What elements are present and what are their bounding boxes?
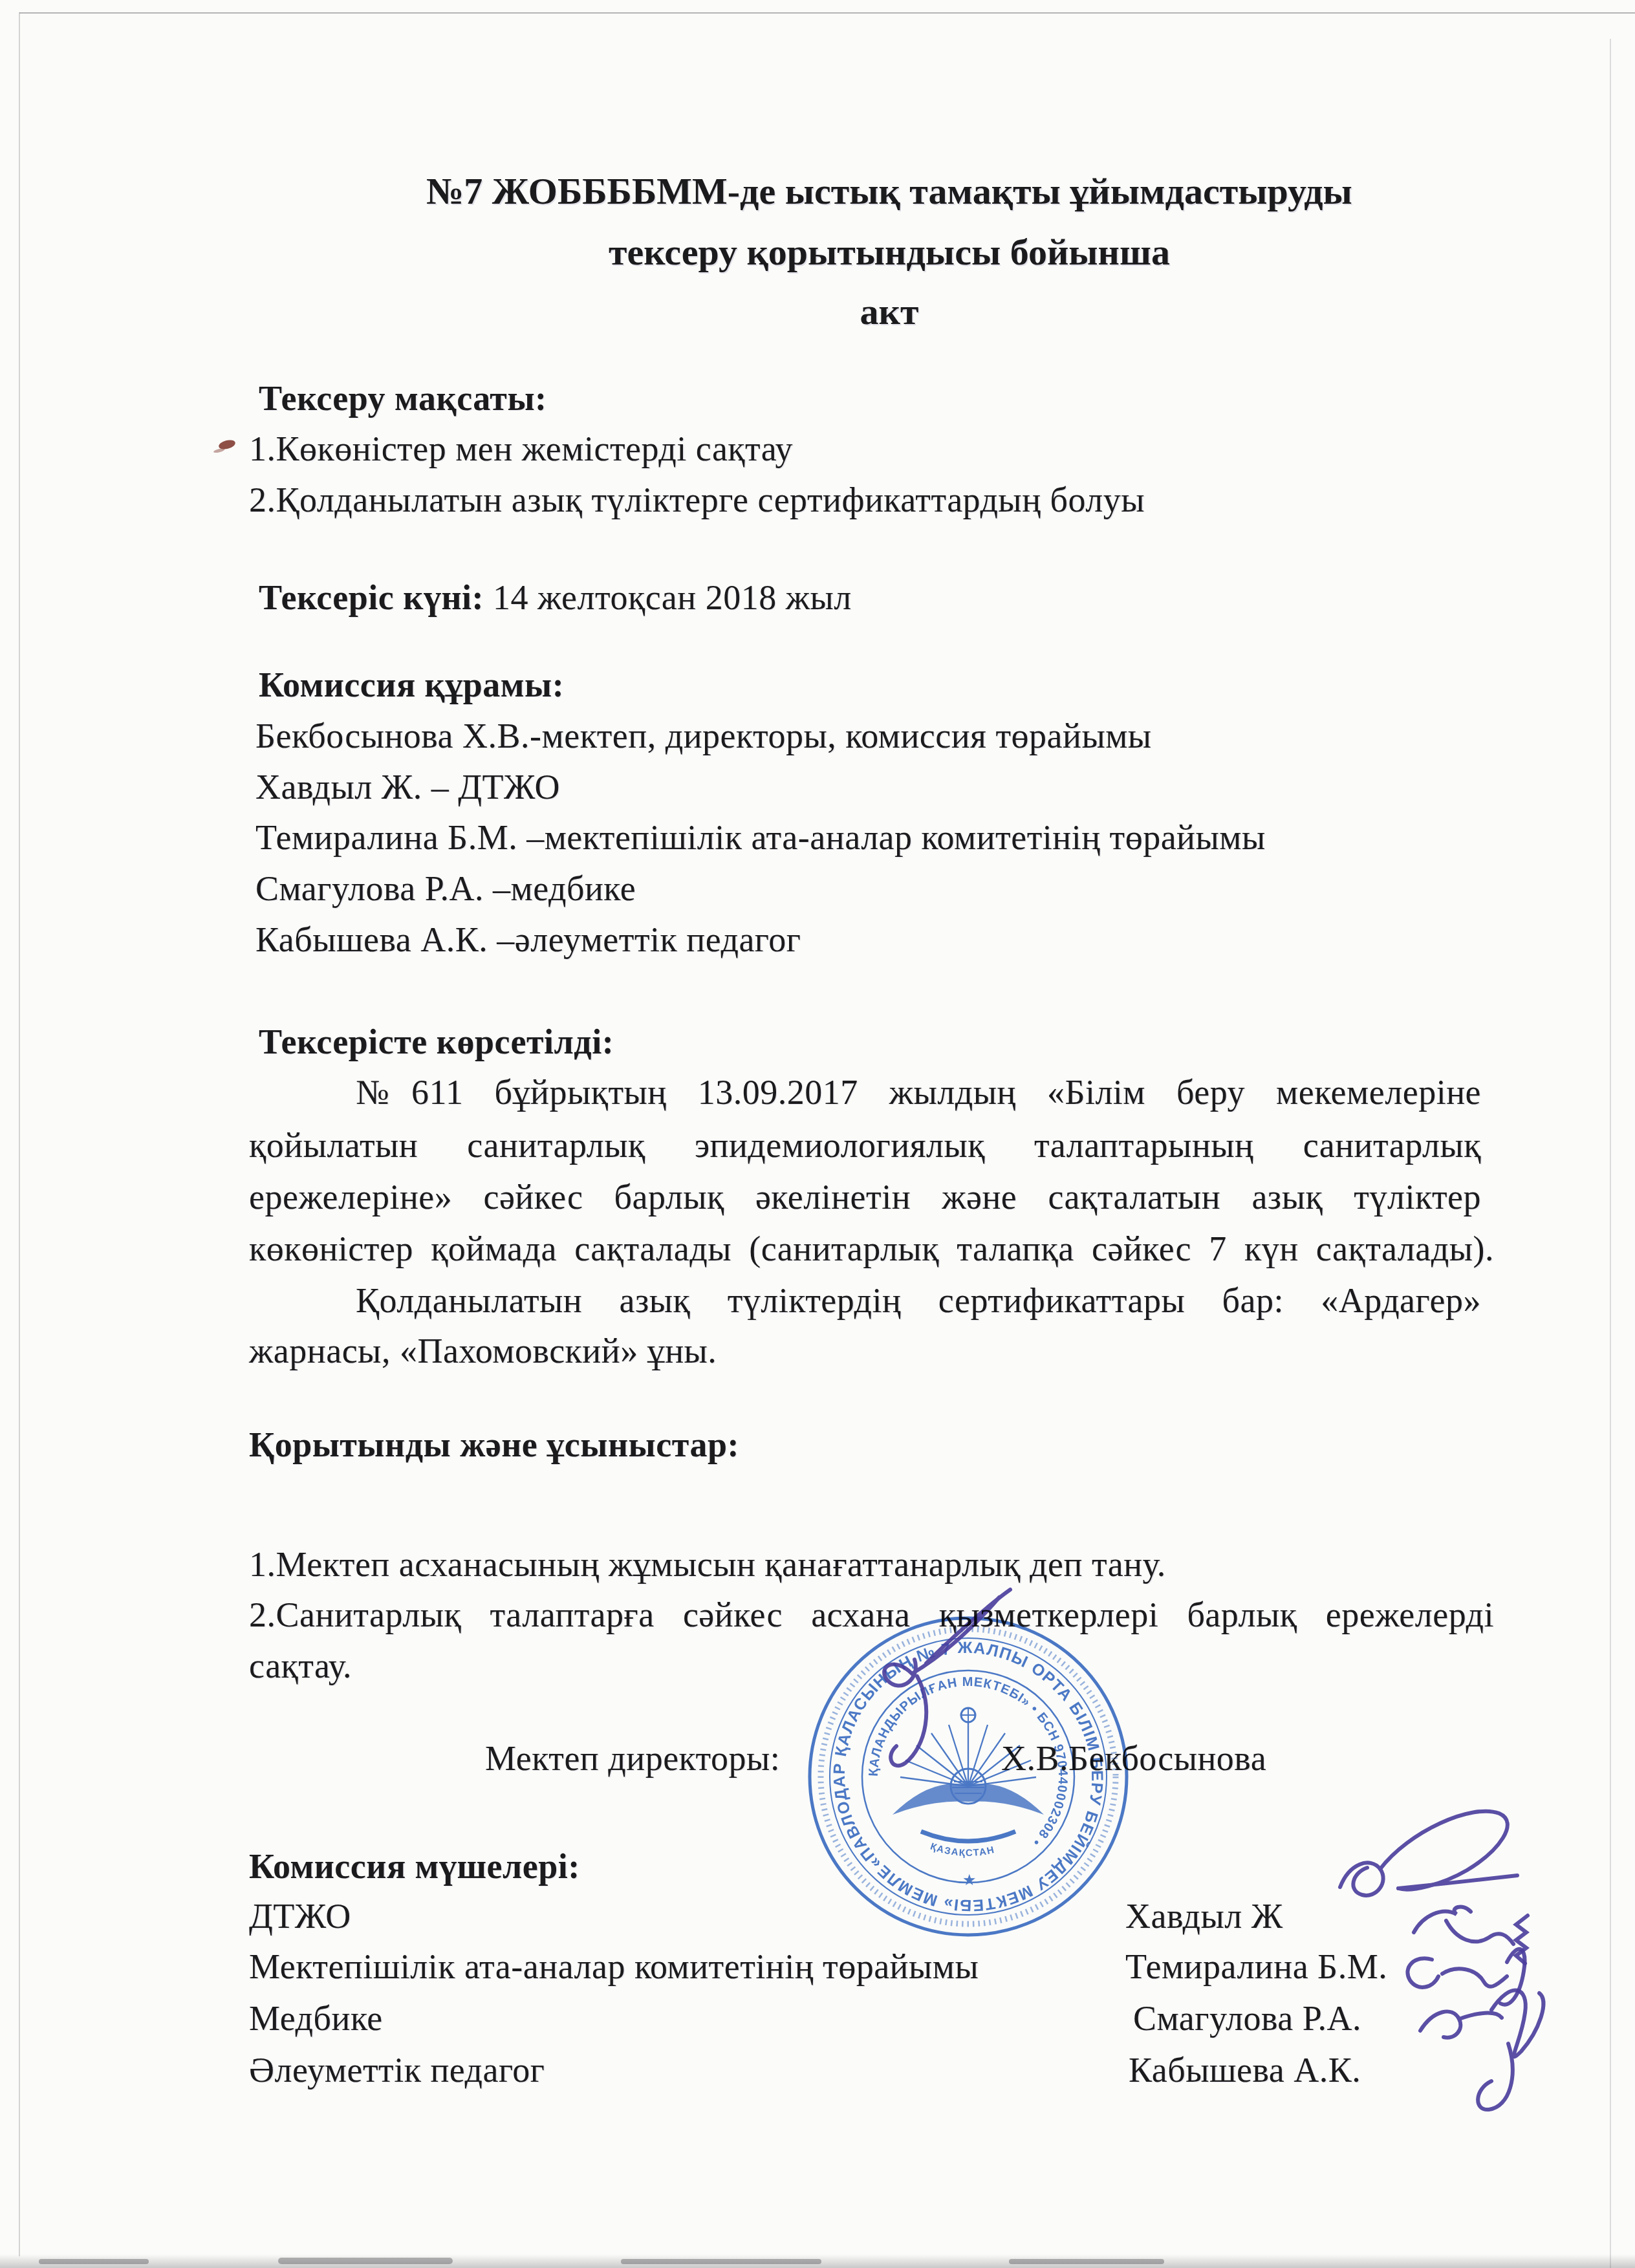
stamp-emblem-text: ҚАЗАҚСТАН bbox=[929, 1841, 996, 1859]
commission-member-3: Темиралина Б.М. –мектепішілік ата-аналар… bbox=[255, 817, 1266, 858]
member-name: Хавдыл Ж bbox=[1125, 1896, 1283, 1936]
commission-heading: Комиссия құрамы: bbox=[259, 665, 564, 705]
document-page: №7 ЖОББББММ-де ыстық тамақты ұйымдастыру… bbox=[0, 0, 1635, 2268]
member-name: Темиралина Б.М. bbox=[1125, 1947, 1387, 1987]
findings-line-2: қойылатын санитарлық эпидемиологиялық та… bbox=[249, 1125, 1481, 1165]
purpose-item-2: 2.Қолданылатын азық түліктерге сертифика… bbox=[249, 480, 1145, 520]
purpose-heading: Тексеру мақсаты: bbox=[259, 378, 547, 418]
inspection-date-label: Тексеріс күні: bbox=[259, 578, 484, 617]
inspection-date-value: 14 желтоқсан 2018 жыл bbox=[484, 578, 852, 617]
scan-smudge bbox=[39, 2259, 149, 2264]
conclusion-item-2-cont: сақтау. bbox=[249, 1646, 352, 1686]
scan-smudge bbox=[278, 2258, 453, 2264]
scan-edge-right bbox=[1610, 39, 1611, 2268]
signature-temiralina bbox=[1414, 1906, 1528, 1963]
member-name: Кабышева А.К. bbox=[1129, 2050, 1361, 2090]
findings-line-3: ережелеріне» сәйкес барлық әкелінетін жә… bbox=[249, 1177, 1481, 1217]
inspection-date-line: Тексеріс күні: 14 желтоқсан 2018 жыл bbox=[259, 578, 852, 618]
scan-edge-top bbox=[19, 12, 1635, 14]
findings-line-1: №611 бұйрықтың 13.09.2017 жылдың «Білім … bbox=[356, 1072, 1481, 1112]
scan-smudge bbox=[1009, 2259, 1164, 2264]
member-role: ДТЖО bbox=[249, 1896, 351, 1936]
findings-heading: Тексерісте көрсетілді: bbox=[259, 1022, 614, 1062]
findings-line-5: Қолданылатын азық түліктердің сертификат… bbox=[356, 1280, 1481, 1321]
commission-member-5: Кабышева А.К. –әлеуметтік педагог bbox=[255, 920, 801, 960]
members-heading: Комиссия мүшелері: bbox=[249, 1846, 580, 1886]
stamp-star-icon: ★ bbox=[962, 1872, 977, 1889]
director-label: Мектеп директоры: bbox=[485, 1738, 780, 1778]
signature-kabysheva bbox=[1420, 1991, 1543, 2110]
commission-member-1: Бекбосынова Х.В.-мектеп, директоры, коми… bbox=[255, 716, 1152, 756]
doc-title-line-3: акт bbox=[272, 290, 1507, 333]
commission-member-2: Хавдыл Ж. – ДТЖО bbox=[255, 767, 560, 807]
stamp-emblem-kazakhstan: ҚАЗАҚСТАН ★ bbox=[893, 1708, 1044, 1889]
signature-smagulova bbox=[1407, 1949, 1524, 2005]
doc-title-line-2: тексеру қорытындысы бойынша bbox=[272, 230, 1507, 274]
signature-khavdyl bbox=[1340, 1811, 1517, 1895]
purpose-item-1: 1.Көкөністер мен жемістерді сақтау bbox=[249, 429, 793, 469]
findings-line-6: жарнасы, «Пахомовский» ұны. bbox=[249, 1331, 717, 1371]
conclusion-item-2: 2.Санитарлық талаптарға сәйкес асхана қы… bbox=[249, 1595, 1494, 1635]
doc-title-line-1: №7 ЖОББББММ-де ыстық тамақты ұйымдастыру… bbox=[272, 169, 1507, 213]
member-role: Медбике bbox=[249, 1998, 383, 2038]
member-name: Смагулова Р.А. bbox=[1133, 1998, 1361, 2038]
conclusion-item-1: 1.Мектеп асханасының жұмысын қанағаттана… bbox=[249, 1544, 1166, 1584]
member-role: Әлеуметтік педагог bbox=[249, 2050, 545, 2090]
scan-smudge bbox=[621, 2259, 821, 2264]
findings-line-4: көкөністер қоймада сақталады (санитарлық… bbox=[249, 1229, 1494, 1269]
scan-edge-left bbox=[19, 12, 20, 2256]
conclusion-heading: Қорытынды және ұсыныстар: bbox=[249, 1425, 739, 1465]
director-name: Х.В.Бекбосынова bbox=[1001, 1738, 1266, 1778]
svg-text:ҚАЗАҚСТАН: ҚАЗАҚСТАН bbox=[929, 1841, 996, 1859]
paper-speck bbox=[218, 438, 236, 451]
member-role: Мектепішілік ата-аналар комитетінің төра… bbox=[249, 1947, 979, 1987]
commission-member-4: Смагулова Р.А. –медбике bbox=[255, 869, 636, 909]
